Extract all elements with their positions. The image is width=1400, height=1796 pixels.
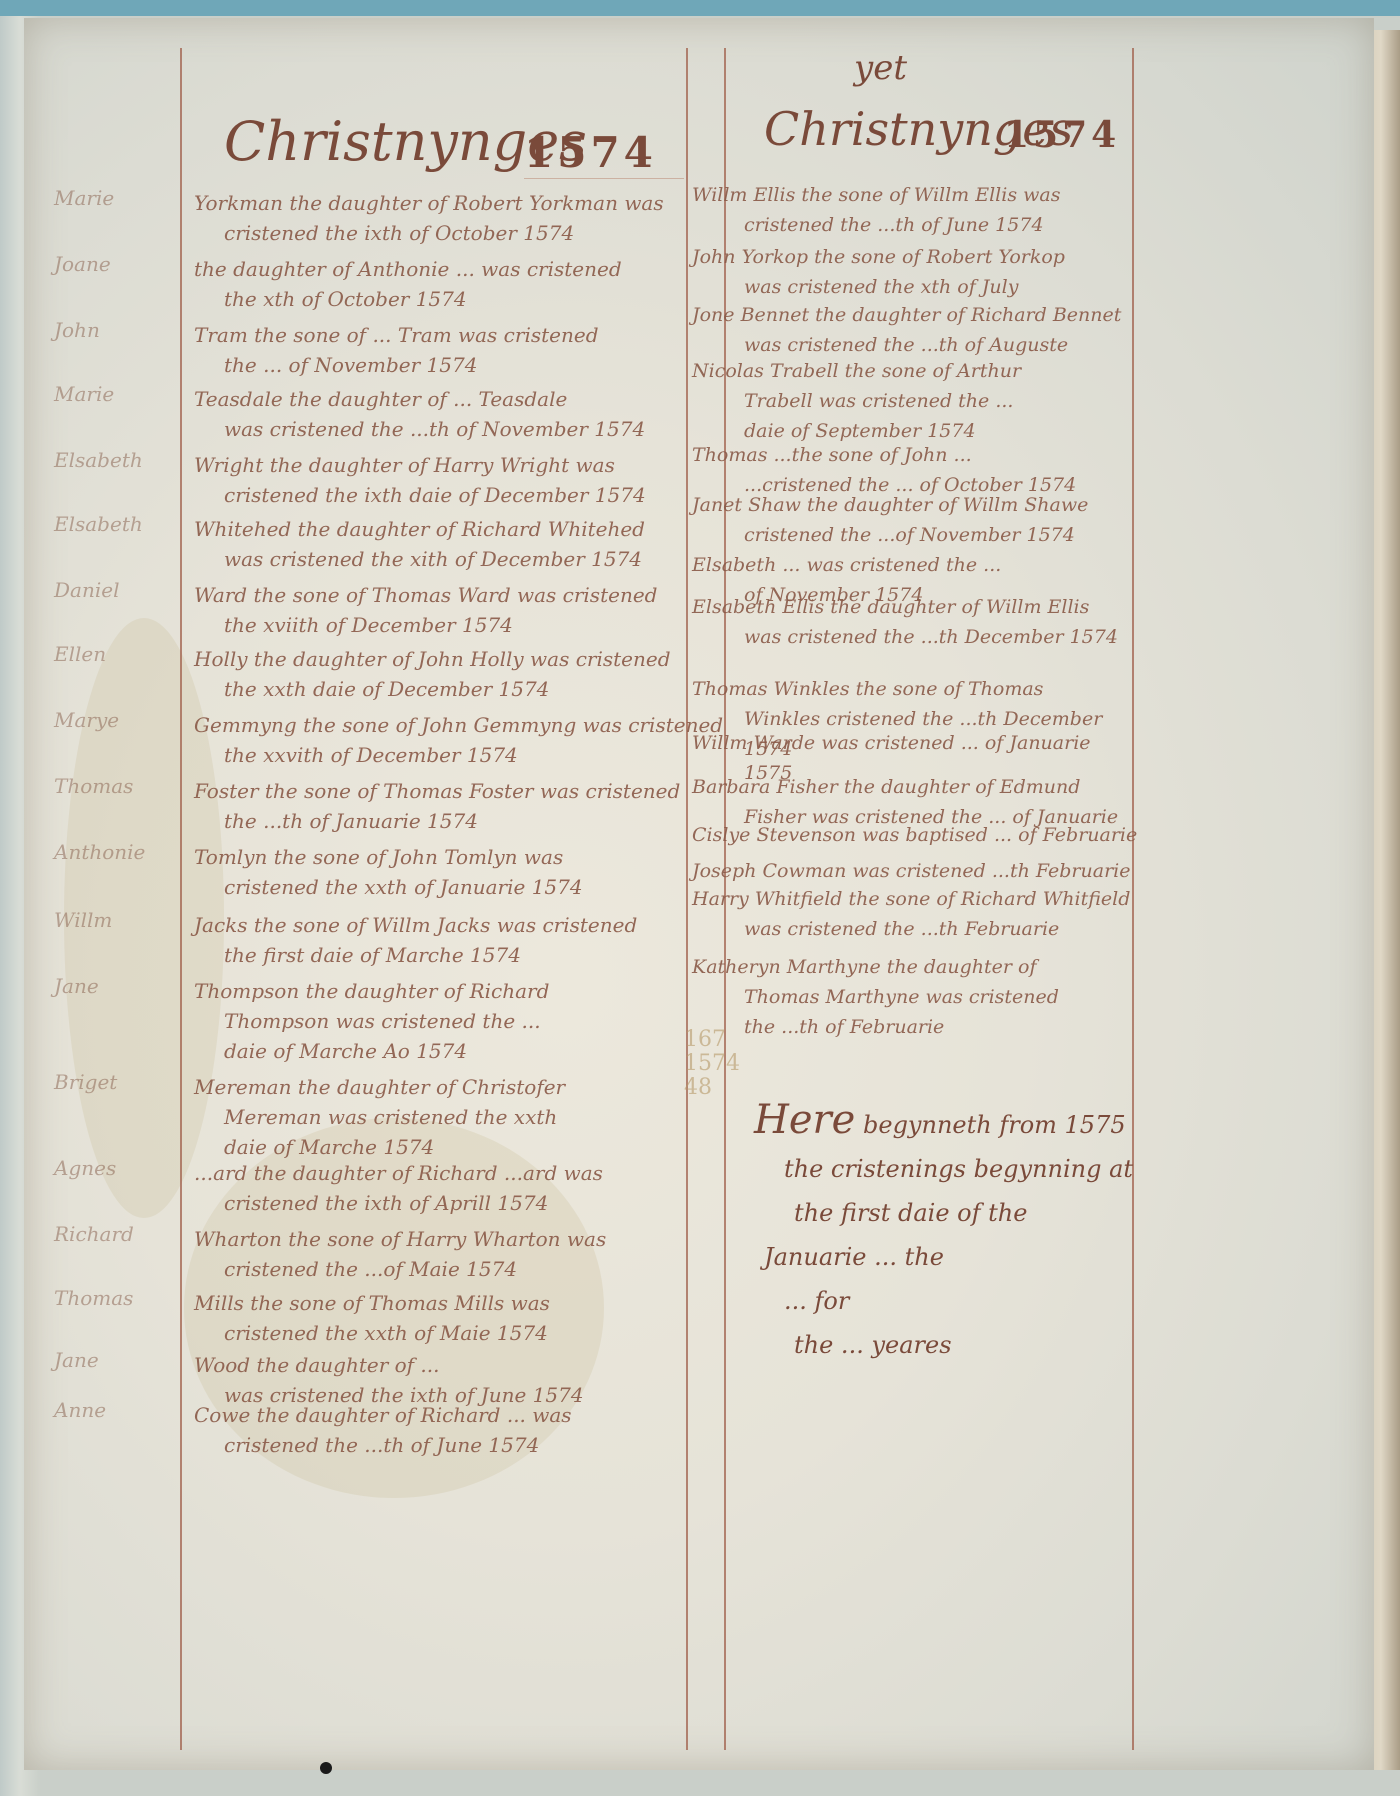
left-heading-year: 1574 — [524, 128, 657, 177]
entry-margin-name: Thomas — [54, 1286, 133, 1310]
entry-margin-name: Daniel — [54, 578, 119, 602]
entry-line: Katheryn Marthyne the daughter of — [692, 950, 1036, 984]
entry-line: was cristened the xith of December 1574 — [224, 542, 642, 576]
entry-line: Ward the sone of Thomas Ward was cristen… — [194, 578, 657, 612]
entry-line: Barbara Fisher the daughter of Edmund — [692, 770, 1080, 804]
entry-line: Willm Ellis the sone of Willm Ellis was — [692, 178, 1060, 212]
entry-margin-name: Thomas — [54, 774, 133, 798]
entry-line: the daughter of Anthonie ... was cristen… — [194, 252, 622, 286]
entry-line: Elsabeth Ellis the daughter of Willm Ell… — [692, 590, 1089, 624]
right-heading-prefix: yet — [854, 48, 907, 88]
entry-line: Thomas ...the sone of John ... — [692, 438, 972, 472]
entry-line: Tram the sone of ... Tram was cristened — [194, 318, 599, 352]
entry-line: the ...th of Januarie 1574 — [224, 804, 478, 838]
entry-line: Willm Warde was cristened ... of Januari… — [692, 726, 1091, 760]
entry-margin-name: Willm — [54, 908, 112, 932]
entry-line: Elsabeth ... was cristened the ... — [692, 548, 1001, 582]
tally-line: 48 — [684, 1076, 740, 1100]
entry-line: cristened the ...th of June 1574 — [224, 1428, 539, 1462]
entry-margin-name: Marie — [54, 186, 114, 210]
entry-line: the xxvith of December 1574 — [224, 738, 518, 772]
column-rule — [686, 48, 688, 1750]
entry-line: cristened the xxth of Januarie 1574 — [224, 870, 583, 904]
entry-margin-name: Marye — [54, 708, 119, 732]
entry-line: Wharton the sone of Harry Wharton was — [194, 1222, 606, 1256]
closing-line: begynneth from 1575 — [863, 1111, 1126, 1139]
closing-lead: Here — [754, 1097, 855, 1143]
entry-margin-name: Marie — [54, 382, 114, 406]
closing-note: Here begynneth from 1575 the cristenings… — [754, 1098, 1133, 1367]
binding-cover-edge — [0, 0, 1400, 16]
entry-margin-name: Ellen — [54, 642, 106, 666]
margin-rule-left — [180, 48, 182, 1750]
entry-line: the ...th of Februarie — [744, 1010, 944, 1044]
closing-line: the cristenings begynning at — [754, 1147, 1133, 1191]
entry-line: the ... of November 1574 — [224, 348, 477, 382]
entry-line: Mereman was cristened the xxth — [224, 1100, 557, 1134]
entry-line: cristened the xxth of Maie 1574 — [224, 1316, 548, 1350]
entry-margin-name: Jane — [54, 1348, 99, 1372]
entry-line: Mereman the daughter of Christofer — [194, 1070, 565, 1104]
entry-line: the xxth daie of December 1574 — [224, 672, 549, 706]
entry-margin-name: Jane — [54, 974, 99, 998]
entry-line: was cristened the ...th Februarie — [744, 912, 1059, 946]
closing-line: ... for — [754, 1279, 1133, 1323]
entry-line: Harry Whitfield the sone of Richard Whit… — [692, 882, 1130, 916]
entry-margin-name: Anne — [54, 1398, 106, 1422]
closing-line: Januarie ... the — [754, 1235, 1133, 1279]
register-page: Christnynges 1574 yet Christnynges 1574 … — [24, 18, 1374, 1770]
entry-margin-name: John — [54, 318, 100, 342]
entry-margin-name: Anthonie — [54, 840, 145, 864]
closing-line: the ... yeares — [754, 1323, 1133, 1367]
entry-line: Cislye Stevenson was baptised ... of Feb… — [692, 818, 1137, 852]
entry-line: Foster the sone of Thomas Foster was cri… — [194, 774, 680, 808]
entry-line: Holly the daughter of John Holly was cri… — [194, 642, 671, 676]
entry-line: Trabell was cristened the ... — [744, 384, 1013, 418]
entry-line: cristened the ixth daie of December 1574 — [224, 478, 646, 512]
heading-underline — [524, 178, 684, 179]
entry-line: cristened the ...th of June 1574 — [744, 208, 1044, 242]
tally-line: 1574 — [684, 1052, 740, 1076]
entry-line: cristened the ixth of Aprill 1574 — [224, 1186, 548, 1220]
entry-line: Thompson the daughter of Richard — [194, 974, 549, 1008]
entry-line: Yorkman the daughter of Robert Yorkman w… — [194, 186, 664, 220]
entry-line: Jacks the sone of Willm Jacks was criste… — [194, 908, 637, 942]
tally-figures: 167 1574 48 — [684, 1028, 740, 1100]
entry-line: daie of Marche Ao 1574 — [224, 1034, 467, 1068]
entry-margin-name: Joane — [54, 252, 111, 276]
entry-line: was cristened the ...th of November 1574 — [224, 412, 645, 446]
entry-line: cristened the ixth of October 1574 — [224, 216, 574, 250]
entry-line: cristened the ...of Maie 1574 — [224, 1252, 517, 1286]
entry-line: ...ard the daughter of Richard ...ard wa… — [194, 1156, 603, 1190]
entry-line: Teasdale the daughter of ... Teasdale — [194, 382, 567, 416]
entry-line: Whitehed the daughter of Richard Whitehe… — [194, 512, 645, 546]
entry-line: Cowe the daughter of Richard ... was — [194, 1398, 572, 1432]
entry-margin-name: Briget — [54, 1070, 117, 1094]
entry-line: Thomas Marthyne was cristened — [744, 980, 1059, 1014]
entry-line: Wood the daughter of ... — [194, 1348, 440, 1382]
right-edge-rule — [1132, 48, 1134, 1750]
closing-line: the first daie of the — [754, 1191, 1133, 1235]
entry-line: was cristened the ...th December 1574 — [744, 620, 1118, 654]
entry-line: the first daie of Marche 1574 — [224, 938, 521, 972]
entry-margin-name: Agnes — [54, 1156, 116, 1180]
entry-line: the xviith of December 1574 — [224, 608, 513, 642]
entry-margin-name: Elsabeth — [54, 512, 143, 536]
entry-margin-name: Richard — [54, 1222, 134, 1246]
right-heading-year: 1574 — [1004, 114, 1120, 156]
entry-line: Thomas Winkles the sone of Thomas — [692, 672, 1043, 706]
entry-line: Nicolas Trabell the sone of Arthur — [692, 354, 1021, 388]
entry-line: Mills the sone of Thomas Mills was — [194, 1286, 550, 1320]
entry-margin-name: Elsabeth — [54, 448, 143, 472]
binding-nail — [320, 1762, 332, 1774]
entry-line: Janet Shaw the daughter of Willm Shawe — [692, 488, 1088, 522]
entry-line: Gemmyng the sone of John Gemmyng was cri… — [194, 708, 723, 742]
entry-line: Wright the daughter of Harry Wright was — [194, 448, 615, 482]
entry-line: cristened the ...of November 1574 — [744, 518, 1075, 552]
entry-line: the xth of October 1574 — [224, 282, 467, 316]
entry-line: John Yorkop the sone of Robert Yorkop — [692, 240, 1065, 274]
entry-line: Jone Bennet the daughter of Richard Benn… — [692, 298, 1121, 332]
entry-line: Tomlyn the sone of John Tomlyn was — [194, 840, 563, 874]
tally-line: 167 — [684, 1028, 740, 1052]
entry-line: Thompson was cristened the ... — [224, 1004, 541, 1038]
